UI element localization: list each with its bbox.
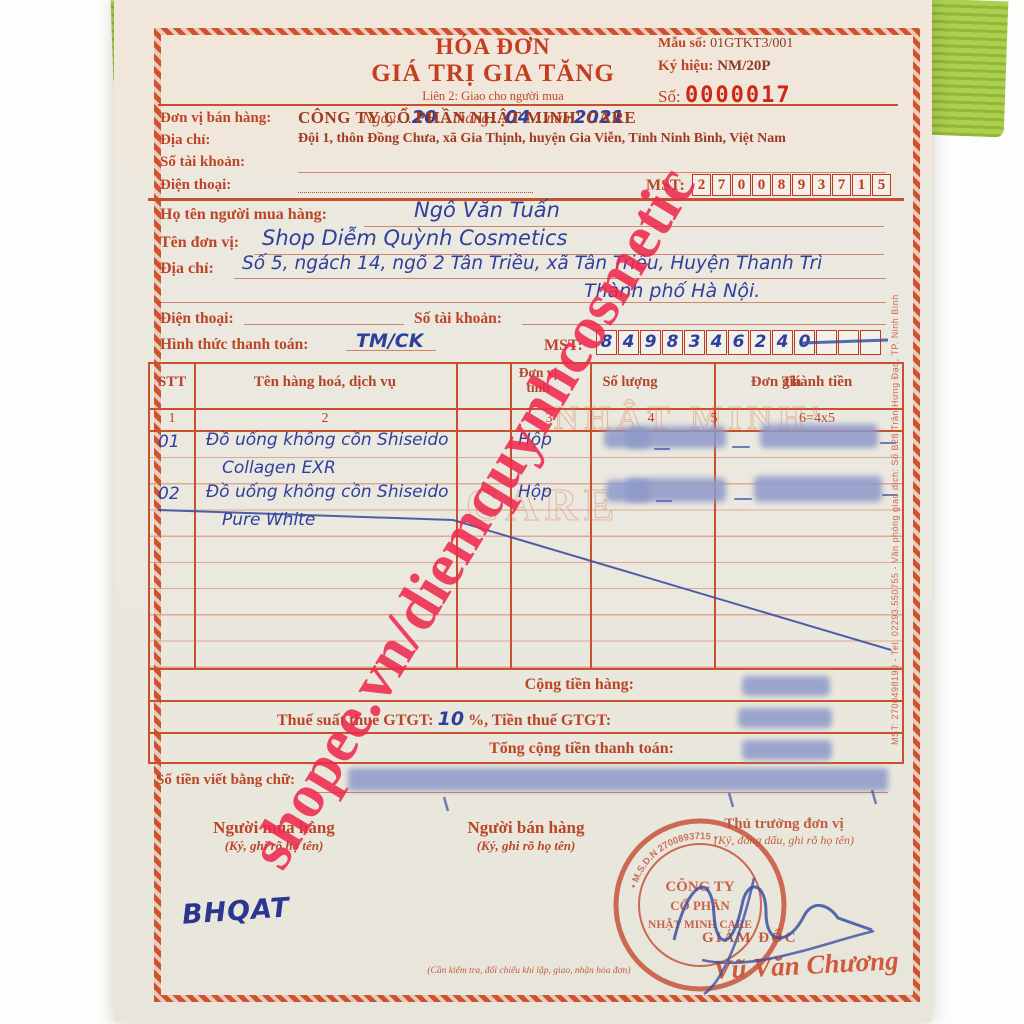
printer-info-vertical: MST: 2700498190 - Tel: 02293.550755 - Vă… [890,105,900,745]
pen-ticks [444,790,876,811]
invoice-paper: HÓA ĐƠN GIÁ TRỊ GIA TĂNG Liên 2: Giao ch… [114,0,932,1022]
pen-marks-overlay [114,0,932,1022]
diagonal-pen-line [158,510,891,650]
footer-note: (Cần kiểm tra, đối chiếu khi lập, giao, … [294,966,764,976]
background-edge-right [922,0,1009,137]
director-pen-signature [674,887,872,940]
invoice-photo: HÓA ĐƠN GIÁ TRỊ GIA TĂNG Liên 2: Giao ch… [0,0,1024,1024]
